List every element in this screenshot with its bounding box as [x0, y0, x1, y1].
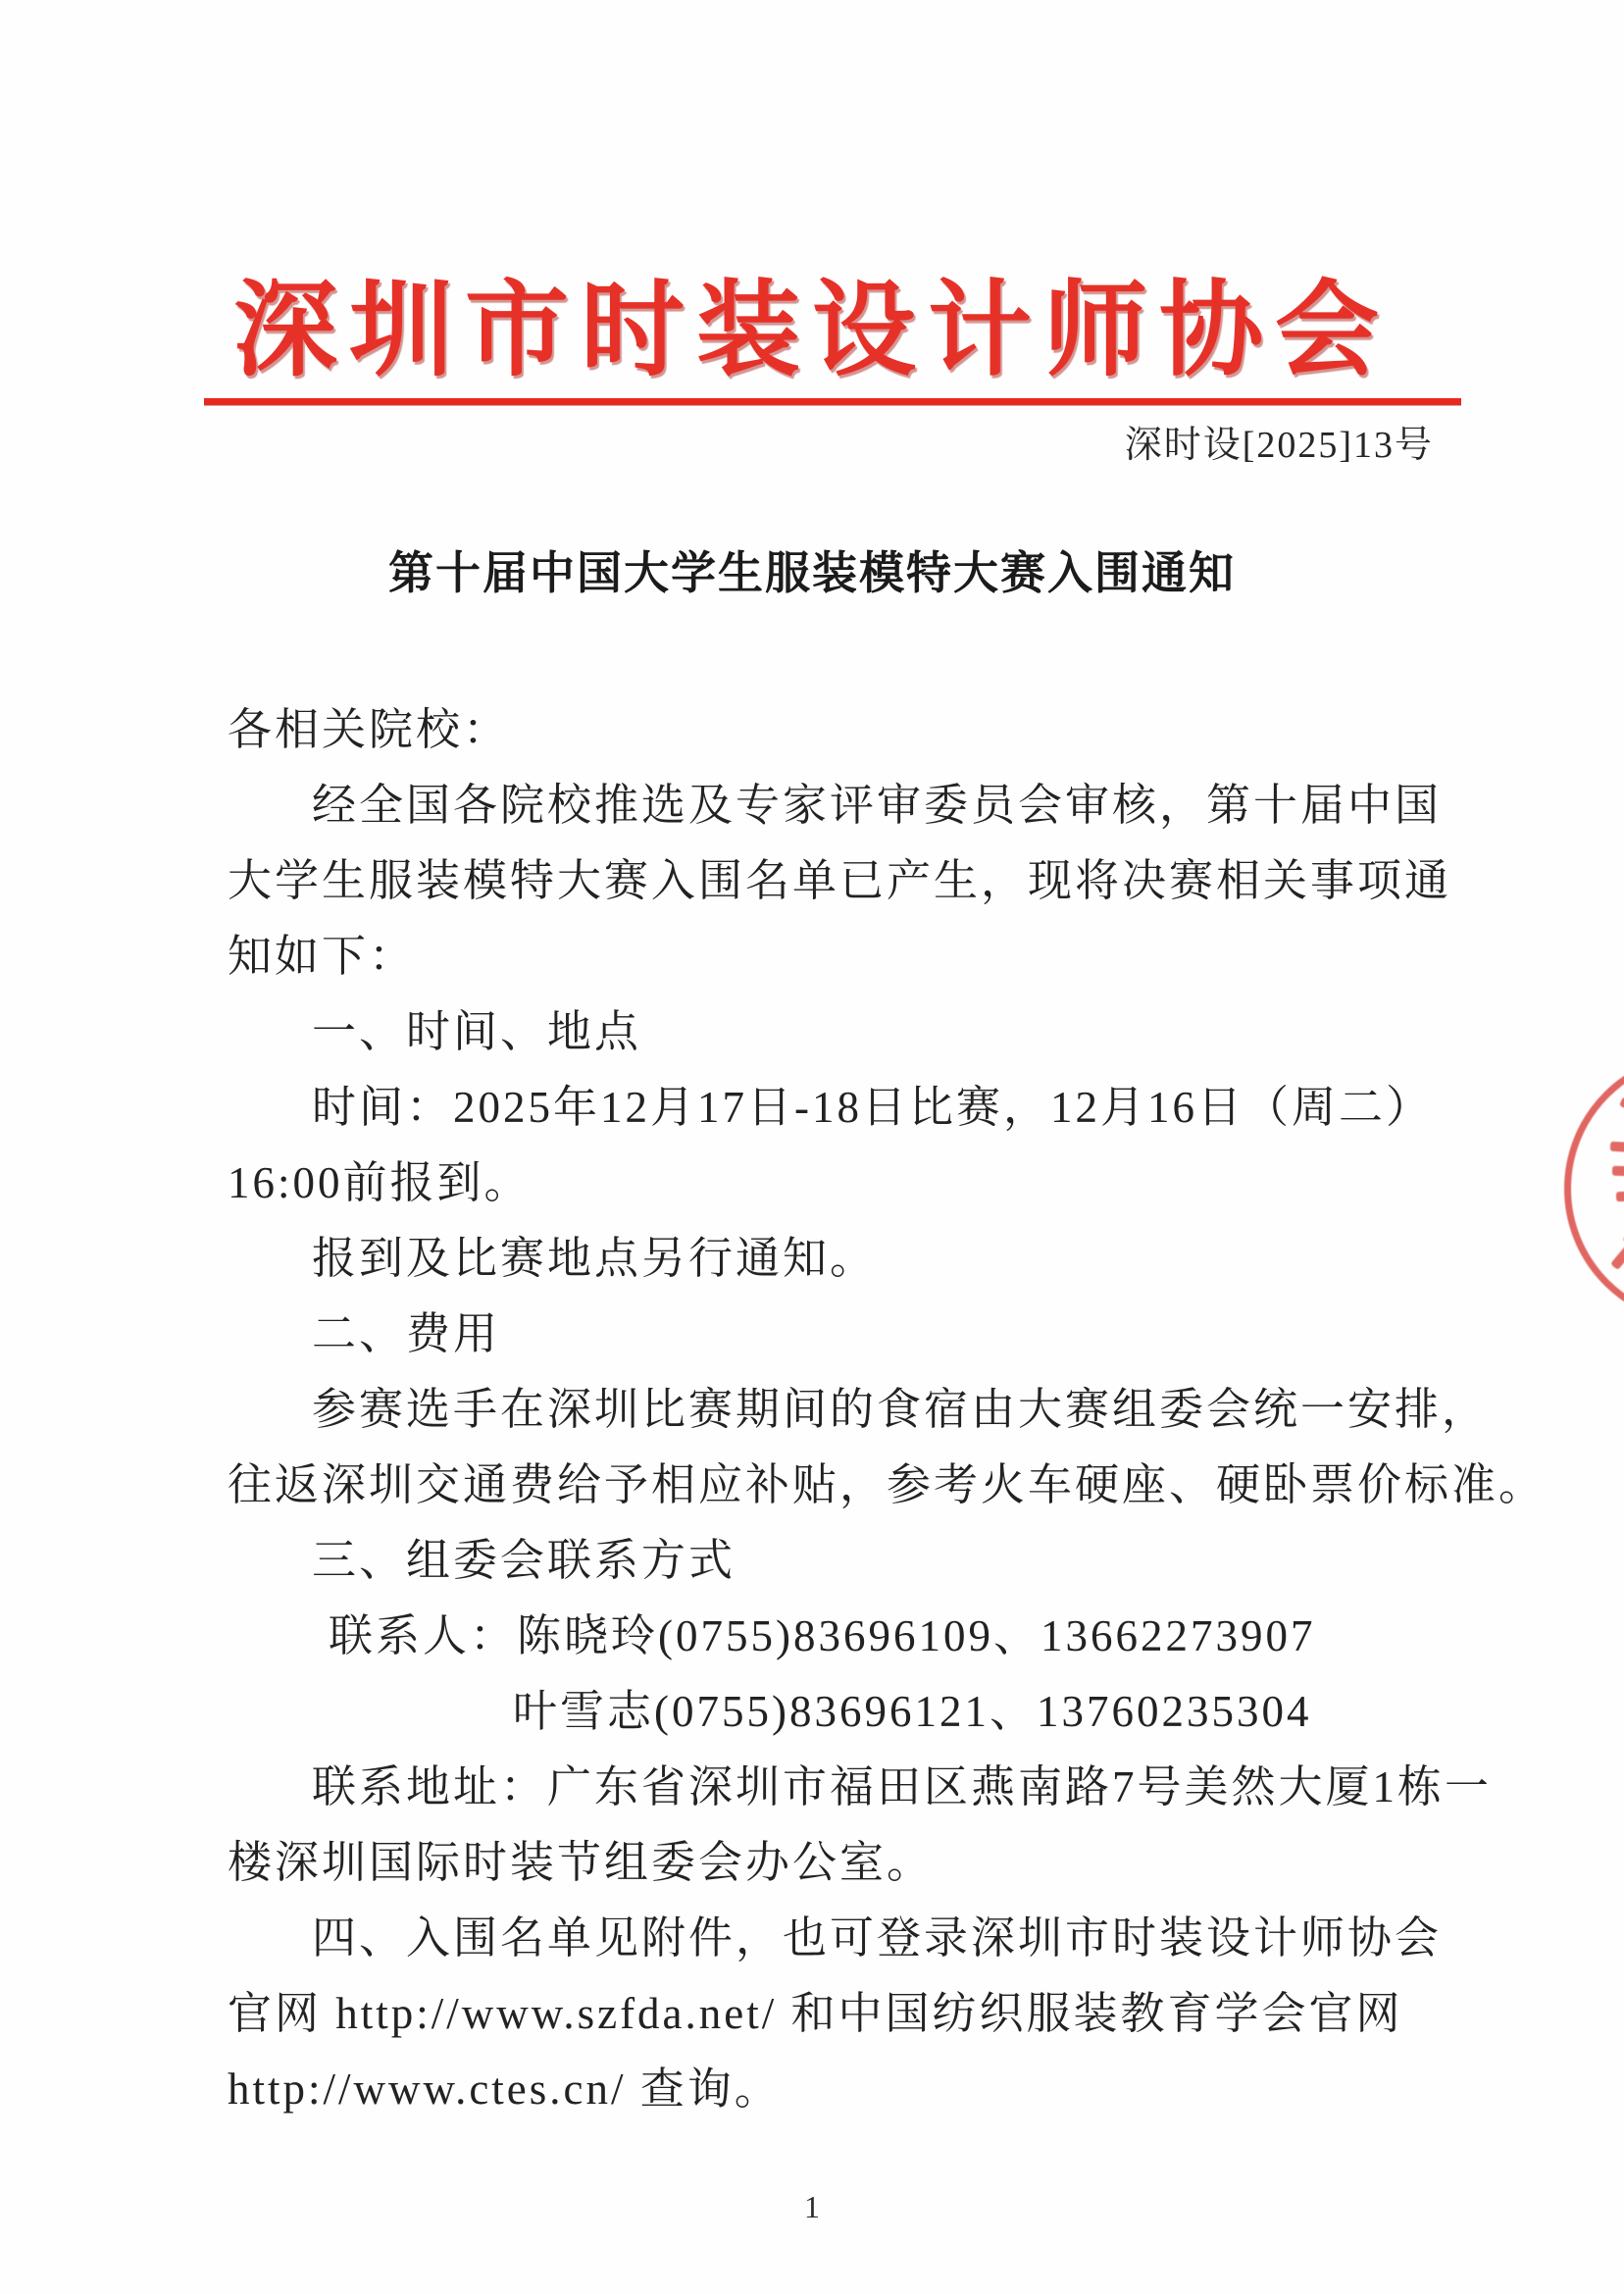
body-line: 16:00前报到。: [228, 1146, 1473, 1221]
seal-character-mark: [1610, 1142, 1624, 1155]
body-line: 官网 http://www.szfda.net/ 和中国纺织服装教育学会官网: [228, 1976, 1473, 2052]
body-line: 一、时间、地点: [228, 994, 1473, 1070]
body-line: 报到及比赛地点另行通知。: [228, 1221, 1473, 1297]
letterhead-divider: [204, 398, 1461, 405]
page-number: 1: [0, 2189, 1624, 2225]
seal-character-mark: [1610, 1231, 1624, 1270]
document-body: 各相关院校：经全国各院校推选及专家评审委员会审核，第十届中国大学生服装模特大赛入…: [228, 692, 1473, 2127]
body-line: 各相关院校：: [228, 692, 1473, 768]
body-line: http://www.ctes.cn/ 查询。: [228, 2052, 1473, 2127]
seal-character-mark: [1619, 1096, 1624, 1134]
document-page: 深圳市时装设计师协会 深时设[2025]13号 第十届中国大学生服装模特大赛入围…: [0, 0, 1624, 2294]
seal-character-mark: [1612, 1166, 1624, 1179]
body-line: 时间：2025年12月17日-18日比赛，12月16日（周二）: [228, 1070, 1473, 1146]
body-line: 联系地址：广东省深圳市福田区燕南路7号美然大厦1栋一: [228, 1750, 1473, 1825]
body-line: 往返深圳交通费给予相应补贴，参考火车硬座、硬卧票价标准。: [228, 1448, 1473, 1523]
body-line: 楼深圳国际时装节组委会办公室。: [228, 1825, 1473, 1901]
notice-title: 第十届中国大学生服装模特大赛入围通知: [0, 537, 1624, 602]
seal-character-mark: [1616, 1190, 1624, 1202]
body-line: 大学生服装模特大赛入围名单已产生，现将决赛相关事项通: [228, 843, 1473, 919]
body-line: 四、入围名单见附件，也可登录深圳市时装设计师协会: [228, 1901, 1473, 1976]
body-line: 三、组委会联系方式: [228, 1523, 1473, 1599]
body-line: 叶雪志(0755)83696121、13760235304: [228, 1674, 1473, 1750]
body-line: 知如下：: [228, 919, 1473, 994]
document-number: 深时设[2025]13号: [0, 414, 1434, 468]
letterhead-org-name: 深圳市时装设计师协会: [0, 247, 1624, 396]
body-line: 二、费用: [228, 1297, 1473, 1372]
body-line: 经全国各院校推选及专家评审委员会审核，第十届中国: [228, 768, 1473, 843]
body-line: 参赛选手在深圳比赛期间的食宿由大赛组委会统一安排，: [228, 1372, 1473, 1448]
official-seal: [1564, 1052, 1624, 1325]
body-line: 联系人：陈晓玲(0755)83696109、13662273907: [228, 1599, 1473, 1674]
